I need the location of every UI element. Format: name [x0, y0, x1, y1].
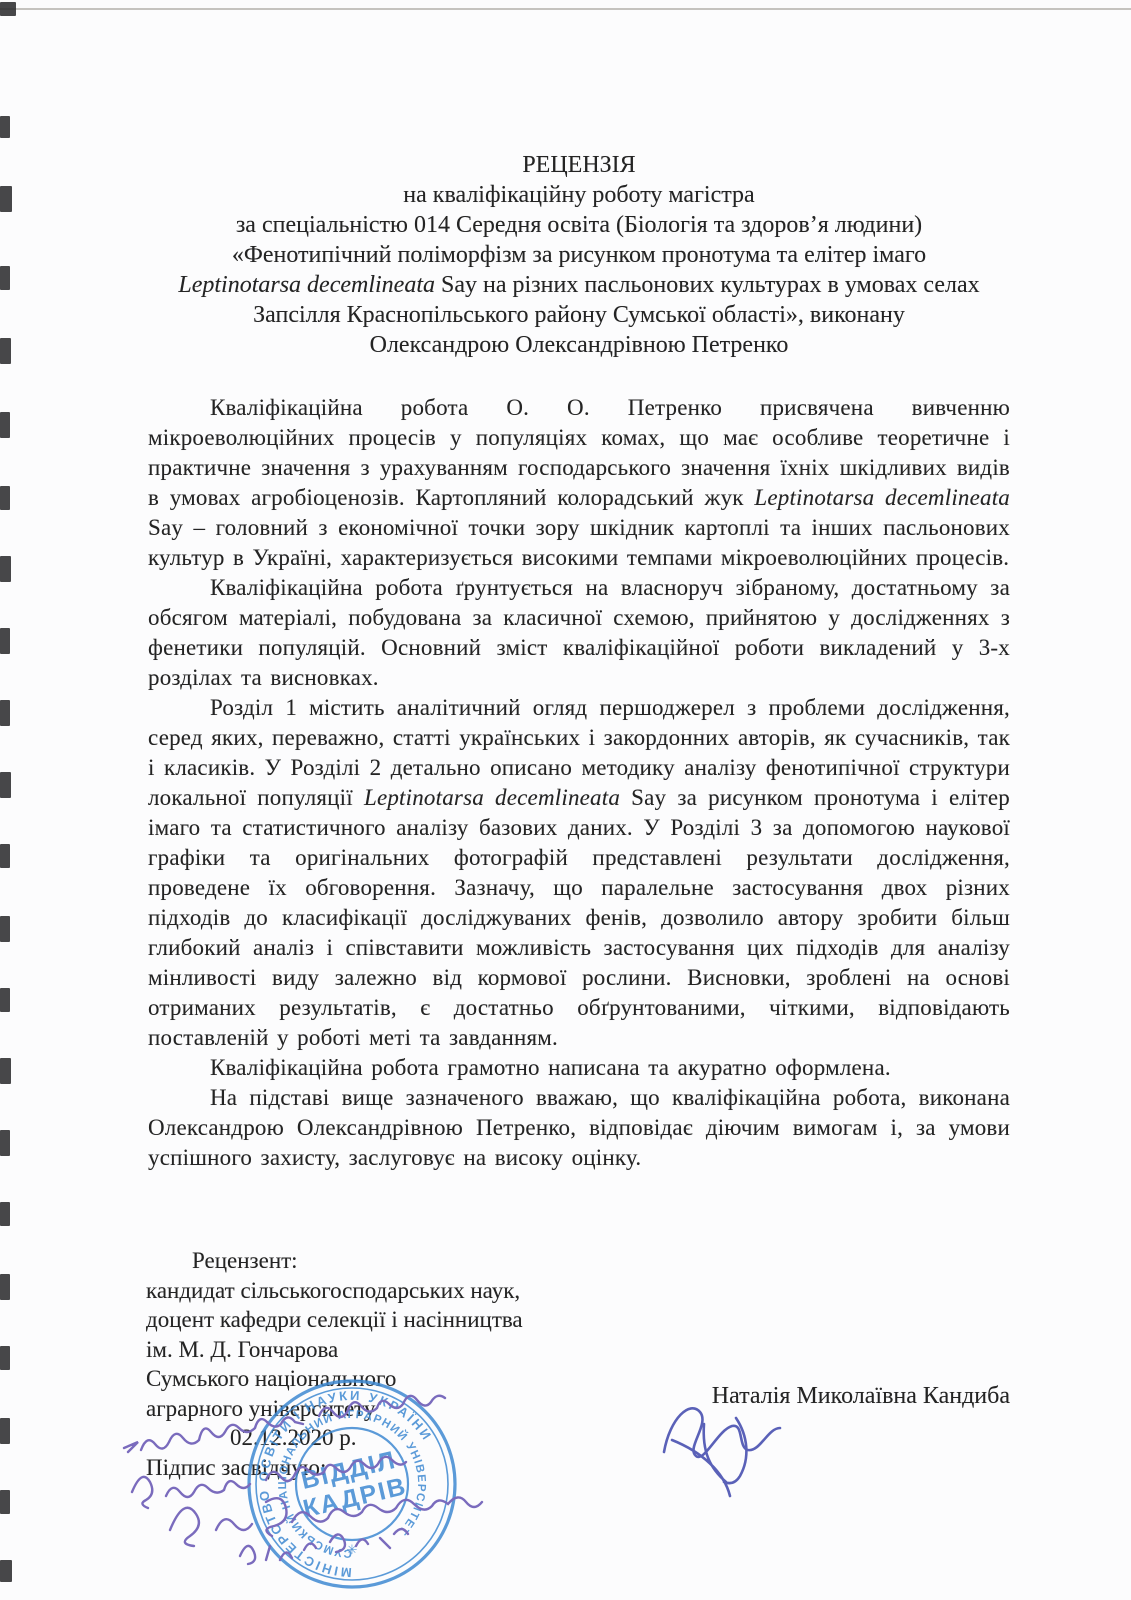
scan-edge-mark: [0, 412, 10, 438]
reviewer-name: Наталія Миколаївна Кандиба: [658, 1383, 1010, 1410]
scan-edge-mark: [0, 916, 10, 942]
scan-edge-mark: [0, 1202, 10, 1226]
scan-edge-mark: [0, 700, 10, 726]
title-line: «Фенотипічний поліморфізм за рисунком пр…: [148, 240, 1010, 270]
stamp-star-icon: ✳: [347, 1542, 358, 1557]
text-run: Say – головний з економічної точки зору …: [148, 515, 1010, 570]
text-run: Say на різних пасльонових культурах в ум…: [435, 272, 980, 298]
text-run: На підставі вище зазначеного вважаю, що …: [148, 1085, 1010, 1170]
reviewer-line: Рецензент:: [146, 1246, 523, 1276]
text-run: «Фенотипічний поліморфізм за рисунком пр…: [232, 242, 926, 268]
scan-top-edge-line: [0, 8, 1131, 10]
signature-stroke: [672, 1418, 746, 1496]
scan-edge-mark: [0, 772, 11, 798]
text-run: на кваліфікаційну роботу магістра: [403, 182, 754, 208]
title-line: Запсілля Краснопільського району Сумсько…: [148, 300, 1010, 330]
reviewer-line: ім. М. Д. Гончарова: [146, 1335, 523, 1365]
stamp-center-text: ВІДДІЛ КАДРІВ: [294, 1445, 410, 1523]
signature-stroke: [664, 1408, 780, 1457]
title-line: РЕЦЕНЗІЯ: [148, 150, 1010, 180]
scan-edge-mark: [0, 338, 11, 364]
scan-edge-mark: [0, 988, 10, 1012]
scan-edge-mark: [0, 266, 10, 290]
text-run: Олександрою Олександрівною Петренко: [370, 332, 789, 358]
scan-edge-mark: [0, 186, 12, 212]
scan-edge-mark: [0, 2, 16, 16]
text-run: за спеціальністю 014 Середня освіта (Біо…: [236, 212, 922, 238]
text-run: Запсілля Краснопільського району Сумсько…: [253, 302, 905, 328]
scan-edge-mark: [0, 1490, 10, 1514]
reviewer-signature-ink: [664, 1408, 780, 1496]
scan-edge-mark: [0, 1274, 10, 1300]
scan-edge-mark: [0, 556, 11, 582]
scan-edge-mark: [0, 1058, 11, 1084]
reviewer-line: кандидат сільськогосподарських наук,: [146, 1276, 523, 1306]
body-paragraph: Кваліфікаційна робота ґрунтується на вла…: [148, 573, 1010, 693]
text-run: РЕЦЕНЗІЯ: [522, 152, 635, 178]
latin-species-name: Leptinotarsa decemlineata: [364, 785, 620, 810]
title-line: Leptinotarsa decemlineata Say на різних …: [148, 270, 1010, 300]
scan-edge-mark: [0, 486, 10, 510]
title-line: за спеціальністю 014 Середня освіта (Біо…: [148, 210, 1010, 240]
latin-species-name: Leptinotarsa decemlineata: [178, 272, 435, 298]
scan-edge-mark: [0, 1130, 10, 1156]
body-paragraph: На підставі вище зазначеного вважаю, що …: [148, 1083, 1010, 1173]
round-official-stamp: МІНІСТЕРСТВО ОСВІТИ І НАУКИ УКРАЇНИ СУМС…: [244, 1376, 460, 1592]
scan-edge-mark: [0, 844, 10, 868]
document-content: РЕЦЕНЗІЯна кваліфікаційну роботу магістр…: [148, 150, 1010, 1173]
body-paragraph: Розділ 1 містить аналітичний огляд першо…: [148, 693, 1010, 1053]
scanned-review-document: РЕЦЕНЗІЯна кваліфікаційну роботу магістр…: [0, 0, 1131, 1600]
text-run: Кваліфікаційна робота грамотно написана …: [210, 1055, 891, 1080]
document-title: РЕЦЕНЗІЯна кваліфікаційну роботу магістр…: [148, 150, 1010, 360]
scan-edge-mark: [0, 1346, 10, 1370]
scan-edge-mark: [0, 116, 10, 138]
document-body: Кваліфікаційна робота О. О. Петренко при…: [148, 393, 1010, 1173]
title-line: Олександрою Олександрівною Петренко: [148, 330, 1010, 360]
text-run: Say за рисунком пронотума і елітер імаго…: [148, 785, 1010, 1050]
reviewer-line: доцент кафедри селекції і насінництва: [146, 1305, 523, 1335]
title-line: на кваліфікаційну роботу магістра: [148, 180, 1010, 210]
latin-species-name: Leptinotarsa decemlineata: [754, 485, 1010, 510]
body-paragraph: Кваліфікаційна робота грамотно написана …: [148, 1053, 1010, 1083]
text-run: Кваліфікаційна робота ґрунтується на вла…: [148, 575, 1010, 690]
scan-edge-mark: [0, 628, 10, 654]
scan-edge-mark: [0, 1560, 12, 1582]
body-paragraph: Кваліфікаційна робота О. О. Петренко при…: [148, 393, 1010, 573]
scan-edge-mark: [0, 1418, 10, 1444]
